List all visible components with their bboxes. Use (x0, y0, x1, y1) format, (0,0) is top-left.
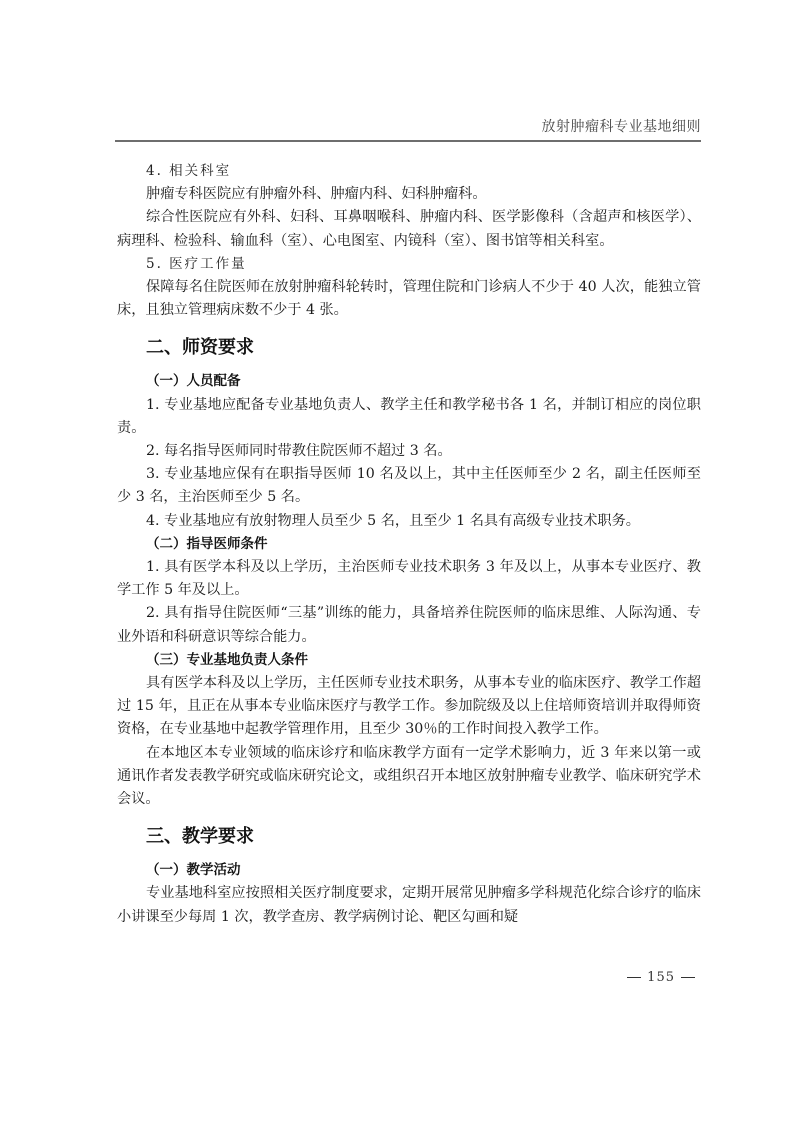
paragraph: 1. 具有医学本科及以上学历，主治医师专业技术职务 3 年及以上，从事本专业医疗… (117, 556, 701, 602)
sub-heading-teaching-activities: （一）教学活动 (117, 859, 701, 882)
section-heading-teaching: 三、教学要求 (117, 825, 701, 849)
sub-heading-supervisor-conditions: （二）指导医师条件 (117, 533, 701, 556)
paragraph: 2. 每名指导医师同时带教住院医师不超过 3 名。 (117, 440, 701, 463)
page-number-value: 155 (647, 970, 675, 985)
paragraph: 在本地区本专业领域的临床诊疗和临床教学方面有一定学术影响力，近 3 年来以第一或… (117, 742, 701, 812)
paragraph: 1. 专业基地应配备专业基地负责人、教学主任和教学秘书各 1 名，并制订相应的岗… (117, 394, 701, 440)
paragraph: 综合性医院应有外科、妇科、耳鼻咽喉科、肿瘤内科、医学影像科（含超声和核医学）、病… (117, 206, 701, 252)
paragraph: 4. 专业基地应有放射物理人员至少 5 名，且至少 1 名具有高级专业技术职务。 (117, 510, 701, 533)
section-heading-faculty: 二、师资要求 (117, 336, 701, 360)
sub-heading-staffing: （一）人员配备 (117, 370, 701, 393)
sub-heading-director-conditions: （三）专业基地负责人条件 (117, 649, 701, 672)
paragraph: 专业基地科室应按照相关医疗制度要求，定期开展常见肿瘤多学科规范化综合诊疗的临床小… (117, 882, 701, 928)
item-heading-related-departments: 4. 相关科室 (117, 160, 701, 183)
page-content: 4. 相关科室 肿瘤专科医院应有肿瘤外科、肿瘤内科、妇科肿瘤科。 综合性医院应有… (117, 160, 701, 929)
paragraph: 3. 专业基地应保有在职指导医师 10 名及以上，其中主任医师至少 2 名，副主… (117, 463, 701, 509)
dash-right (681, 977, 695, 978)
item-heading-workload: 5. 医疗工作量 (117, 253, 701, 276)
paragraph: 2. 具有指导住院医师“三基”训练的能力，具备培养住院医师的临床思维、人际沟通、… (117, 602, 701, 648)
running-header-title: 放射肿瘤科专业基地细则 (542, 116, 702, 136)
paragraph: 具有医学本科及以上学历，主任医师专业技术职务，从事本专业的临床医疗、教学工作超过… (117, 672, 701, 742)
dash-left (627, 977, 641, 978)
page-number: 155 (621, 970, 701, 985)
paragraph: 保障每名住院医师在放射肿瘤科轮转时，管理住院和门诊病人不少于 40 人次，能独立… (117, 276, 701, 322)
document-page: 放射肿瘤科专业基地细则 4. 相关科室 肿瘤专科医院应有肿瘤外科、肿瘤内科、妇科… (0, 0, 800, 1131)
running-header: 放射肿瘤科专业基地细则 (115, 110, 701, 142)
paragraph: 肿瘤专科医院应有肿瘤外科、肿瘤内科、妇科肿瘤科。 (117, 183, 701, 206)
